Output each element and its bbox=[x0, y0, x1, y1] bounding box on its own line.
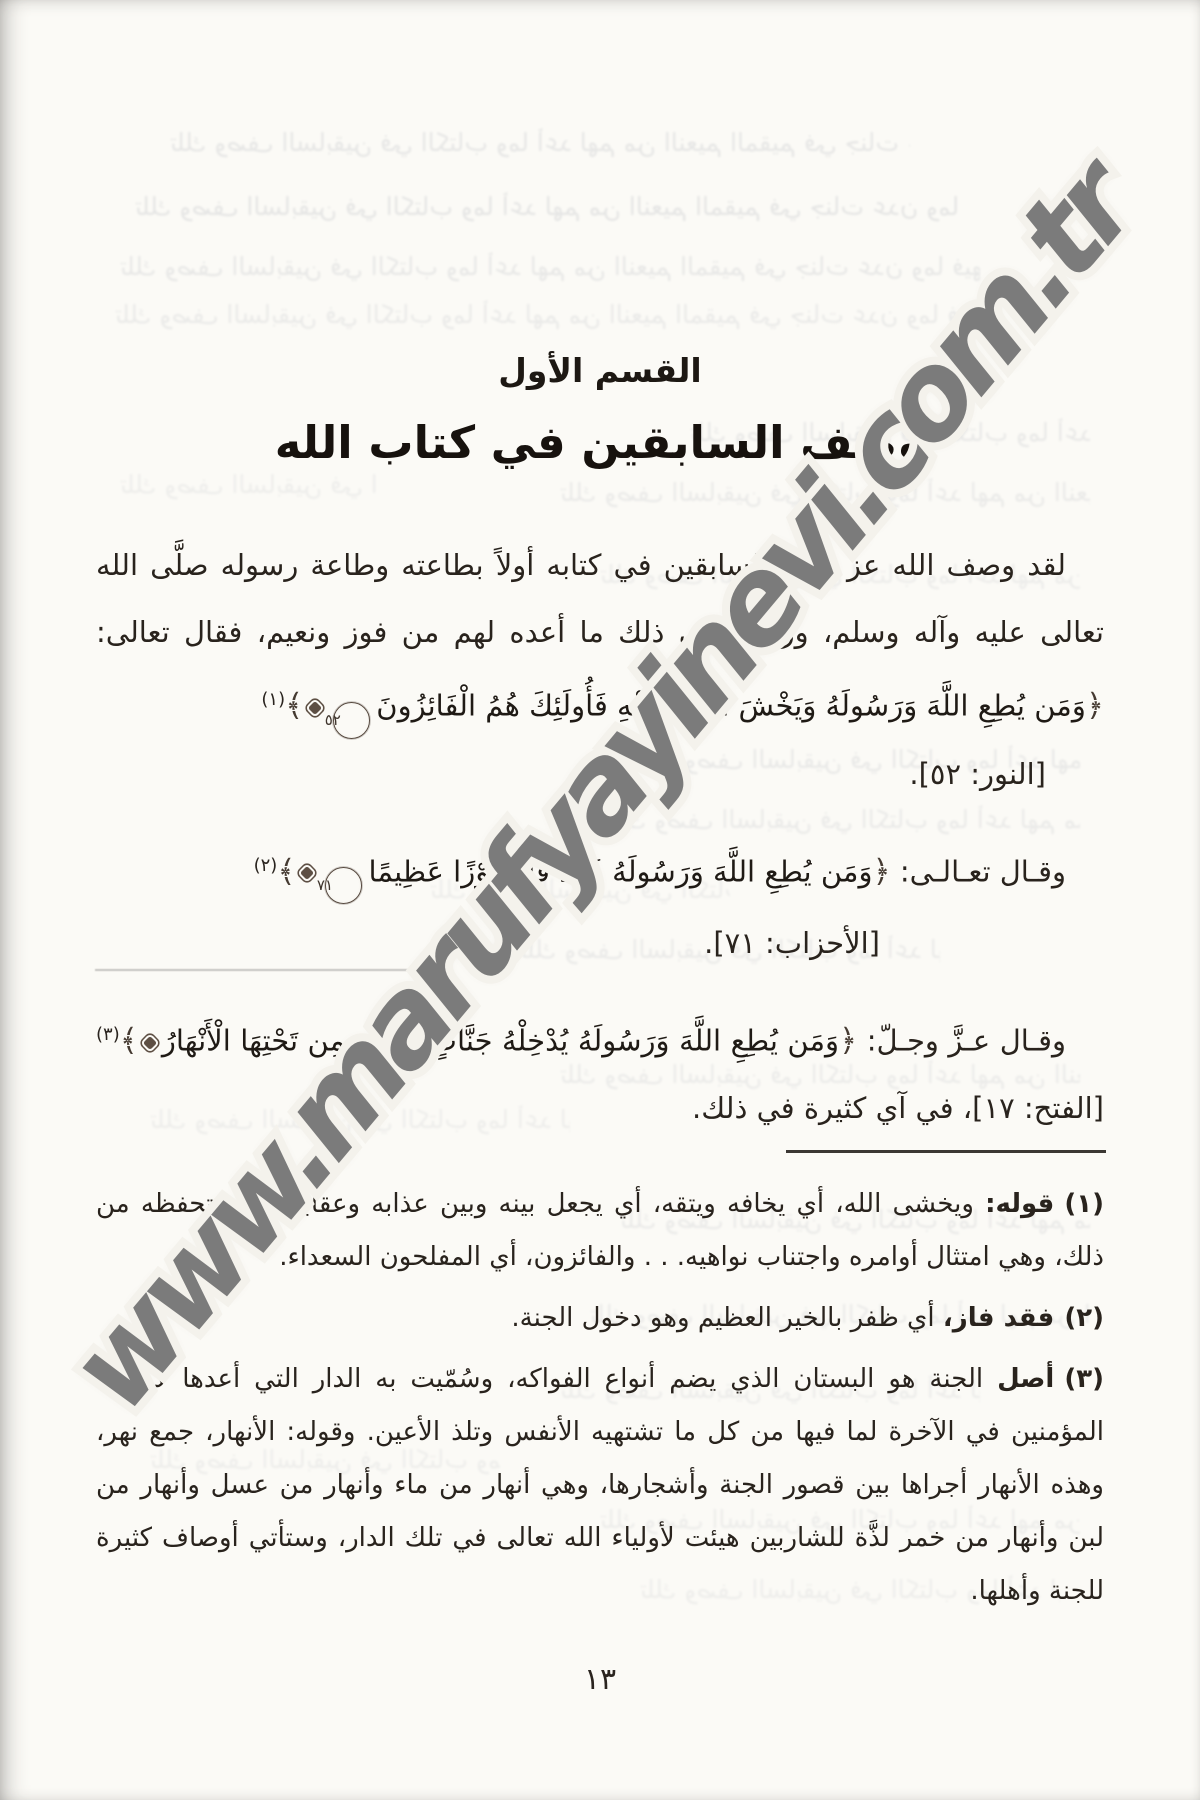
footnote-1-marker: (١) bbox=[1064, 1189, 1104, 1219]
section-kicker: القسم الأول bbox=[96, 346, 1104, 396]
footnote-3: (٣)أصل الجنة هو البستان الذي يضم أنواع ا… bbox=[96, 1353, 1104, 1618]
page-number: ١٣ bbox=[0, 1662, 1200, 1697]
page-content: القسم الأول وصف السابقين في كتاب الله لق… bbox=[0, 0, 1200, 1142]
quran-close-bracket: ﴾ bbox=[285, 688, 303, 724]
footnote-ref-2: (٢) bbox=[254, 855, 278, 876]
quran-open-bracket: ﴿ bbox=[1086, 688, 1104, 724]
quran-close-bracket: ﴾ bbox=[120, 1023, 138, 1059]
footnote-3-lead: أصل bbox=[997, 1364, 1054, 1394]
footnote-1: (١)قوله: ويخشى الله، أي يخافه ويتقه، أي … bbox=[96, 1178, 1104, 1284]
footnote-2: (٢)فقد فاز، أي ظفر بالخير العظيم وهو دخو… bbox=[96, 1292, 1104, 1345]
footnote-ref-1: (١) bbox=[261, 689, 285, 710]
quran-open-bracket: ﴿ bbox=[839, 1023, 857, 1059]
footnote-2-lead: فقد فاز، bbox=[943, 1303, 1054, 1333]
quran-verse-ahzab-71: وَمَن يُطِعِ اللَّهَ وَرَسُولَهُ فَقَدْ … bbox=[368, 854, 872, 888]
paragraph-2: وقـال تعـالـى: ﴿وَمَن يُطِعِ اللَّهَ وَر… bbox=[96, 832, 1104, 906]
footnote-1-text: ويخشى الله، أي يخافه ويتقه، أي يجعل بينه… bbox=[96, 1189, 1104, 1272]
ayah-number-medallion: ٥٢ bbox=[333, 702, 370, 739]
paragraph-1-lead: لقد وصف الله عز وجل السابقين في كتابه أو… bbox=[96, 548, 1104, 649]
footnote-divider bbox=[786, 1150, 1106, 1153]
footnote-2-marker: (٢) bbox=[1064, 1303, 1104, 1333]
page-title: وصف السابقين في كتاب الله bbox=[96, 412, 1104, 474]
footnote-3-marker: (٣) bbox=[1064, 1364, 1104, 1394]
scanned-book-page: تلك وصف السابقين في الكتاب وما أعد لهم م… bbox=[0, 0, 1200, 1800]
verse-end-rosette-icon bbox=[300, 866, 314, 880]
quran-verse-nur-52: وَمَن يُطِعِ اللَّهَ وَرَسُولَهُ وَيَخْش… bbox=[376, 689, 1086, 723]
footnote-3-text: الجنة هو البستان الذي يضم أنواع الفواكه،… bbox=[96, 1364, 1104, 1606]
footnotes-block: (١)قوله: ويخشى الله، أي يخافه ويتقه، أي … bbox=[96, 1178, 1104, 1626]
footnote-2-text: أي ظفر بالخير العظيم وهو دخول الجنة. bbox=[511, 1303, 943, 1333]
citation-an-nur: [النور: ٥٢]. bbox=[96, 748, 1104, 800]
ayah-number-medallion: ٧١ bbox=[325, 867, 362, 904]
footnote-ref-3: (٣) bbox=[96, 1024, 120, 1045]
verse-end-rosette-icon bbox=[143, 1036, 157, 1050]
citation-al-ahzab: [الأحزاب: ٧١]. bbox=[96, 917, 1104, 969]
footnote-1-lead: قوله: bbox=[985, 1189, 1054, 1219]
paragraph-2-lead: وقـال تعـالـى: bbox=[891, 854, 1066, 888]
paragraph-3: وقـال عـزَّ وجـلّ: ﴿وَمَن يُطِعِ اللَّهَ… bbox=[96, 1001, 1104, 1142]
quran-open-bracket: ﴿ bbox=[872, 853, 890, 889]
citation-al-fath: [الفتح: ١٧]، في آي كثيرة في ذلك. bbox=[692, 1091, 1104, 1125]
paragraph-3-lead: وقـال عـزَّ وجـلّ: bbox=[857, 1024, 1066, 1058]
paragraph-1: لقد وصف الله عز وجل السابقين في كتابه أو… bbox=[96, 532, 1104, 740]
quran-verse-fath-17: وَمَن يُطِعِ اللَّهَ وَرَسُولَهُ يُدْخِل… bbox=[162, 1024, 839, 1058]
quran-close-bracket: ﴾ bbox=[277, 853, 295, 889]
verse-end-rosette-icon bbox=[308, 701, 322, 715]
